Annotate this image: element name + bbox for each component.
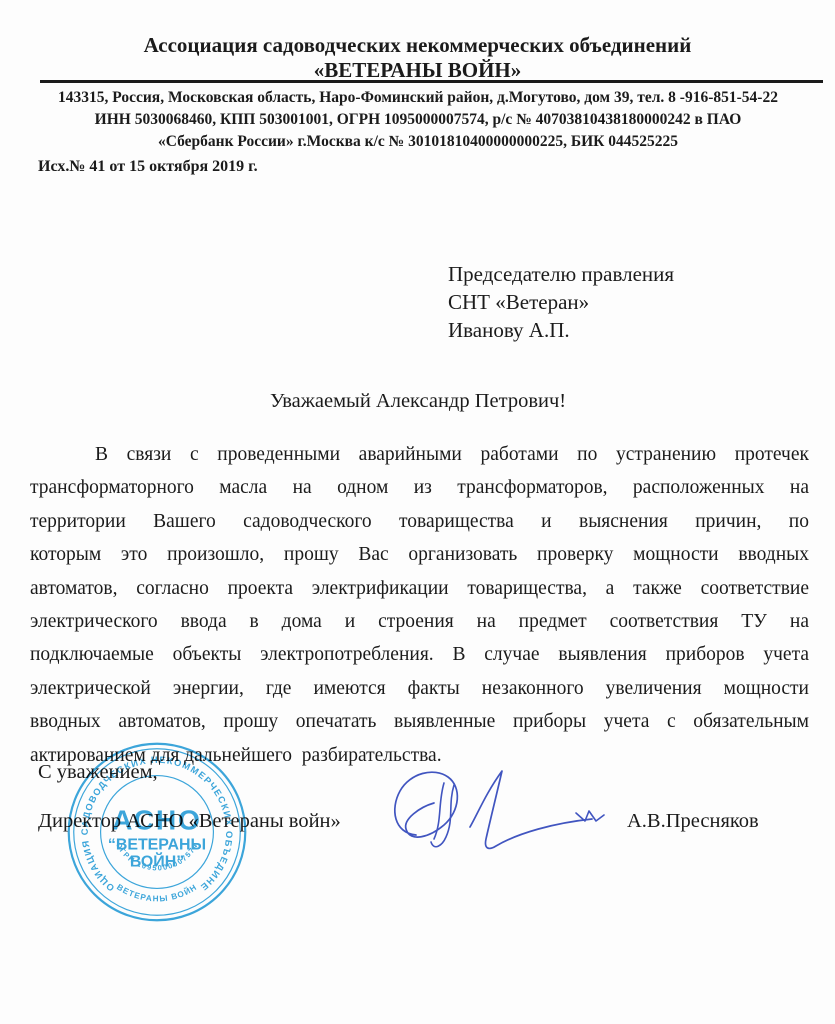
body-line: подключаемые объекты электропотребления.… [30,638,809,671]
handwritten-signature [386,763,616,865]
address-line2: ИНН 5030068460, КПП 503001001, ОГРН 1095… [18,109,818,131]
reference-number: Исх.№ 41 от 15 октября 2019 г. [38,158,258,176]
address-line1: 143315, Россия, Московская область, Наро… [18,87,818,109]
letterhead: Ассоциация садоводческих некоммерческих … [0,33,835,83]
body-line: автоматов, согласно проекта электрификац… [30,572,809,605]
body-line: В связи с проведенными аварийными работа… [30,438,809,471]
recipient-block: Председателю правления СНТ «Ветеран» Ива… [448,260,674,344]
letterhead-divider [40,80,823,83]
letter-page: Ассоциация садоводческих некоммерческих … [0,0,835,1024]
recipient-organization: СНТ «Ветеран» [448,288,674,316]
body-line: трансформаторного масла на одном из тран… [30,471,809,504]
stamp-center-line2: “ВЕТЕРАНЫ [108,836,206,853]
stamp-center-line3: ВОЙН” [130,852,184,871]
recipient-name: Иванову А.П. [448,316,674,344]
organization-stamp-icon: АССОЦИАЦИЯ САДОВОДЧЕСКИХ НЕКОММЕРЧЕСКИХ … [66,741,248,923]
org-name-line1: Ассоциация садоводческих некоммерческих … [0,33,835,58]
letter-body: В связи с проведенными аварийными работа… [30,438,809,772]
body-line: электрической энергии, где имеются факты… [30,672,809,705]
body-line: которым это произошло, прошу Вас организ… [30,538,809,571]
body-line: вводных автоматов, прошу опечатать выявл… [30,705,809,738]
body-line: территории Вашего садоводческого товарищ… [30,505,809,538]
letterhead-address: 143315, Россия, Московская область, Наро… [18,87,818,153]
body-line: электрического ввода в дома и строения н… [30,605,809,638]
address-line3: «Сбербанк России» г.Москва к/с № 3010181… [18,131,818,153]
stamp-center-acronym: АСНО [112,803,202,835]
signer-name: А.В.Пресняков [627,810,759,833]
recipient-position: Председателю правления [448,260,674,288]
salutation: Уважаемый Александр Петрович! [270,390,566,413]
